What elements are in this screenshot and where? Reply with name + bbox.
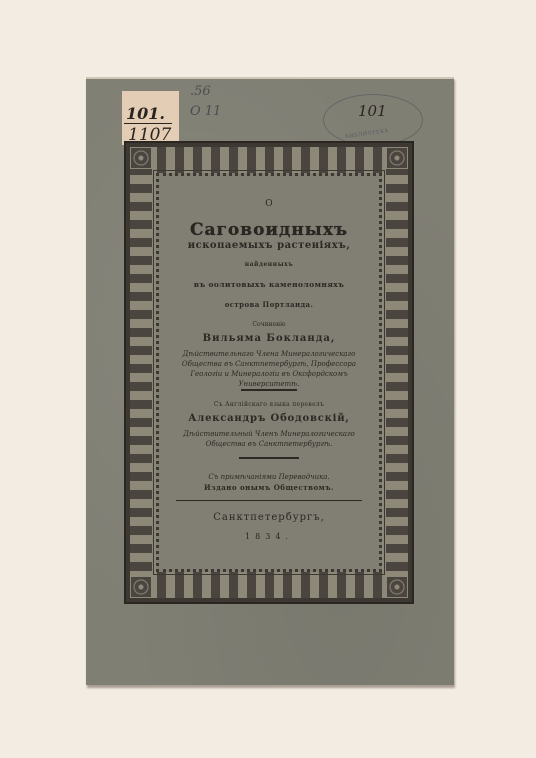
rosette-corner-icon	[386, 576, 408, 598]
composed-by: Сочиненіе	[159, 321, 379, 328]
translator-description: Дѣйствительный Членъ Минералогическаго О…	[159, 429, 379, 449]
location-line-1: въ оолитовыхъ каменоломняхъ	[159, 280, 379, 289]
label-divider	[124, 123, 172, 124]
rosette-corner-icon	[130, 576, 152, 598]
divider-rule	[176, 500, 362, 501]
main-title: Саговоидныхъ	[159, 220, 379, 240]
city: Санктпетербургъ,	[159, 512, 379, 523]
author-name: Вильяма Бокланда,	[159, 333, 379, 344]
title-panel: О Саговоидныхъ ископаемыхъ растеніяхъ, н…	[156, 173, 382, 572]
subtitle: ископаемыхъ растеніяхъ,	[159, 240, 379, 251]
title-preposition: О	[159, 199, 379, 209]
pencil-mark-top: .56	[190, 84, 211, 99]
ornamental-frame: О Саговоидныхъ ископаемыхъ растеніяхъ, н…	[124, 141, 414, 604]
pencil-mark-bottom: O 11	[190, 104, 221, 119]
ornamental-rule	[239, 457, 299, 459]
year: 1834.	[159, 532, 379, 541]
notes-line: Съ примѣчаніями Переводчика.	[159, 472, 379, 482]
label-number-top: 101.	[126, 104, 165, 123]
translator-name: Александръ Ободовскій,	[159, 413, 379, 424]
translated-from: Съ Англійскаго языка перевелъ	[159, 401, 379, 408]
rosette-corner-icon	[130, 147, 152, 169]
ornamental-rule	[241, 389, 297, 391]
location-line-2: острова Портланда.	[159, 300, 379, 309]
found-line: найденныхъ	[159, 261, 379, 268]
publisher-line: Издано онымъ Обществомъ.	[159, 483, 379, 492]
rosette-corner-icon	[386, 147, 408, 169]
ink-number: 101	[358, 102, 387, 120]
author-description: Дѣйствительнаго Члена Минералогическаго …	[159, 349, 379, 389]
